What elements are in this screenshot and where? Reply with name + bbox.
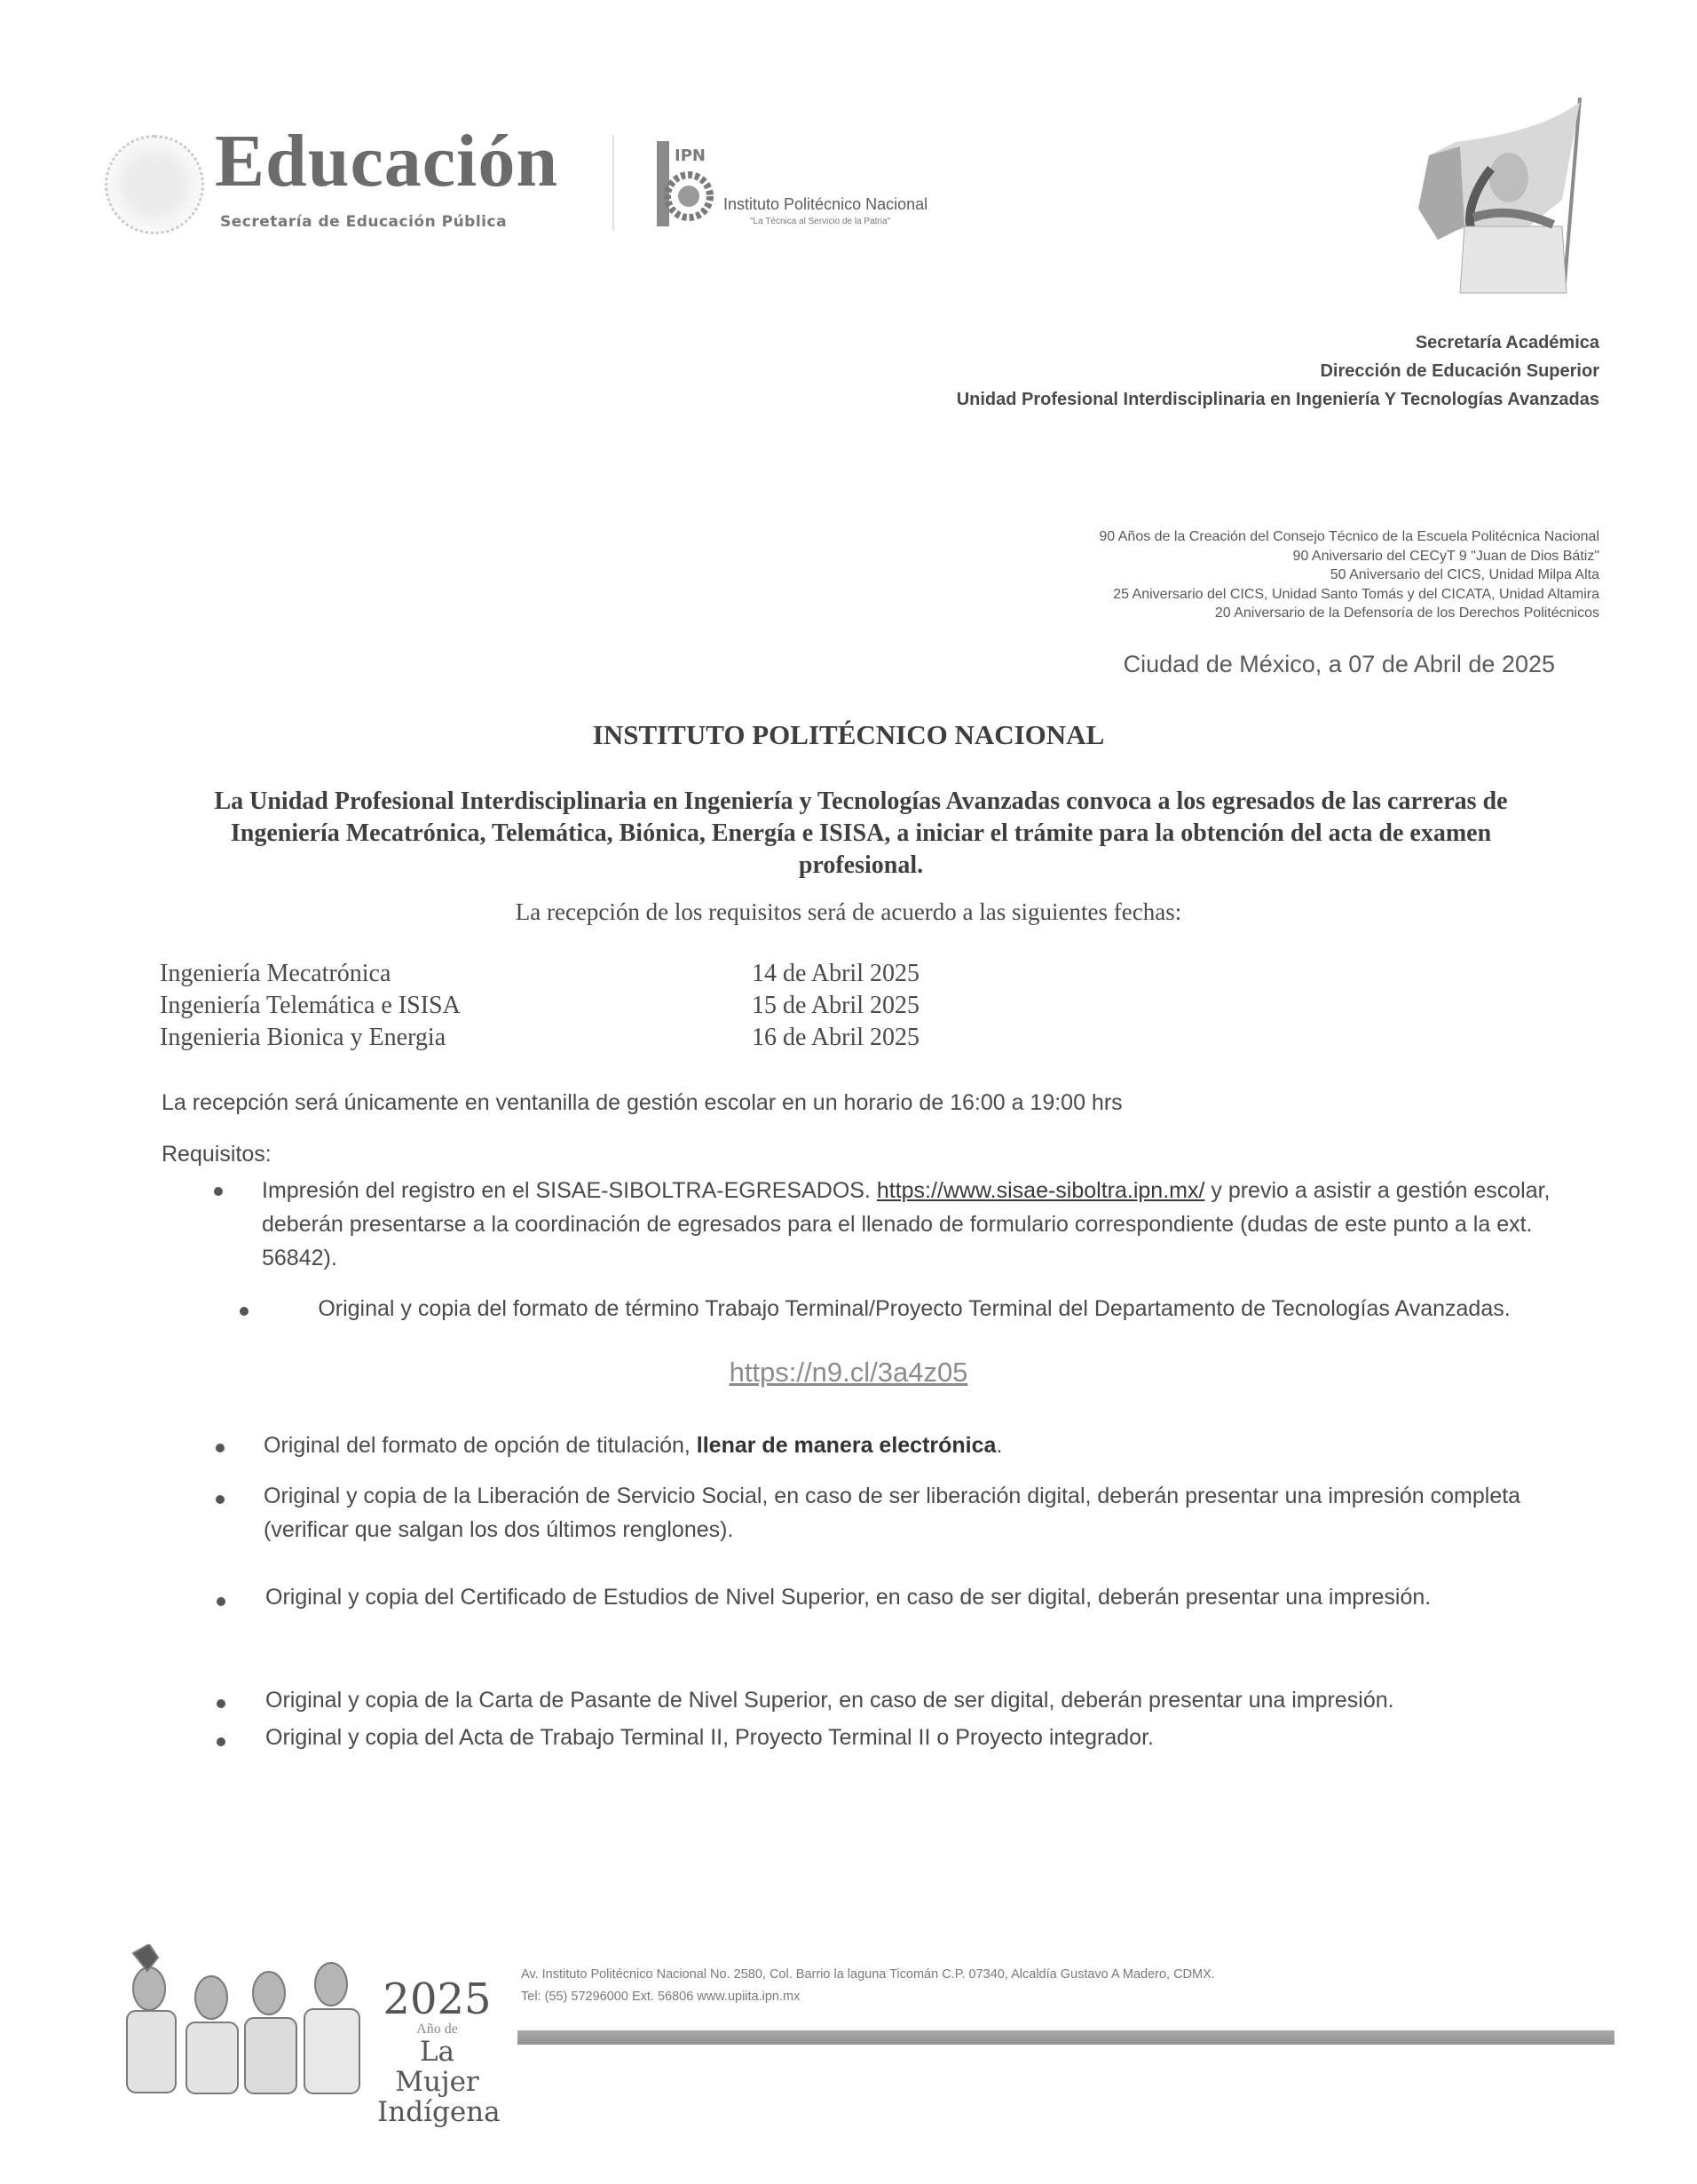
department-block: Secretaría Académica Dirección de Educac…: [957, 328, 1599, 414]
schedule-date: 15 de Abril 2025: [752, 990, 920, 1022]
bullet-icon: [216, 1444, 225, 1452]
schedule-date: 16 de Abril 2025: [752, 1022, 920, 1054]
hours-note: La recepción será únicamente en ventanil…: [162, 1090, 1123, 1116]
requirement-text: .: [996, 1433, 1002, 1458]
footer-contact: Tel: (55) 57296000 Ext. 56806 www.upiita…: [521, 1986, 1215, 2008]
city-date: Ciudad de México, a 07 de Abril de 2025: [1124, 651, 1555, 678]
ipn-name: Instituto Politécnico Nacional: [723, 195, 927, 214]
reception-intro: La recepción de los requisitos será de a…: [0, 898, 1697, 926]
footer-bar: [517, 2030, 1614, 2045]
requirement-text: Original del formato de opción de titula…: [264, 1433, 697, 1458]
bullet-icon: [217, 1699, 225, 1708]
ipn-emblem-icon: IPN: [655, 138, 715, 230]
schedule-row: Ingeniería Mecatrónica 14 de Abril 2025: [160, 958, 920, 990]
requirement-emphasis: llenar de manera electrónica: [697, 1433, 997, 1458]
anniversary-line: 50 Aniversario del CICS, Unidad Milpa Al…: [1099, 566, 1599, 585]
sep-logo-title: Educación: [215, 124, 558, 199]
anniversary-line: 90 Aniversario del CECyT 9 "Juan de Dios…: [1099, 547, 1599, 566]
year-number: 2025: [377, 1978, 497, 2021]
indigenous-women-illustration: [122, 1944, 373, 2095]
year-badge: 2025 Año de La Mujer Indígena: [377, 1978, 497, 2127]
schedule-date: 14 de Abril 2025: [752, 958, 920, 990]
schedule-career: Ingenieria Bionica y Energia: [160, 1022, 752, 1054]
requirements-label: Requisitos:: [162, 1142, 272, 1167]
announcement-text: La Unidad Profesional Interdisciplinaria…: [169, 786, 1553, 882]
requirement-item: Original y copia del Certificado de Estu…: [265, 1580, 1579, 1614]
bullet-icon: [214, 1187, 223, 1196]
year-theme: La Mujer Indígena: [377, 2037, 497, 2127]
schedule-career: Ingeniería Mecatrónica: [160, 958, 752, 990]
schedule-table: Ingeniería Mecatrónica 14 de Abril 2025 …: [160, 958, 920, 1054]
svg-text:IPN: IPN: [675, 146, 706, 165]
department-line: Dirección de Educación Superior: [957, 357, 1599, 385]
schedule-row: Ingenieria Bionica y Energia 16 de Abril…: [160, 1022, 920, 1054]
institution-title: INSTITUTO POLITÉCNICO NACIONAL: [0, 719, 1697, 751]
year-label: Año de: [377, 2022, 497, 2037]
bullet-icon: [217, 1737, 225, 1746]
short-link[interactable]: https://n9.cl/3a4z05: [730, 1357, 968, 1388]
bullet-icon: [217, 1597, 225, 1606]
year-theme-line: La Mujer: [377, 2037, 497, 2097]
department-line: Unidad Profesional Interdisciplinaria en…: [957, 385, 1599, 414]
sep-logo-subtitle: Secretaría de Educación Pública: [220, 213, 507, 231]
schedule-career: Ingeniería Telemática e ISISA: [160, 990, 752, 1022]
ipn-motto: "La Técnica al Servicio de la Patria": [750, 217, 890, 226]
requirement-item: Original y copia del formato de término …: [275, 1292, 1553, 1325]
bullet-icon: [216, 1495, 225, 1504]
requirement-item: Original del formato de opción de titula…: [264, 1428, 1577, 1462]
footer-address: Av. Instituto Politécnico Nacional No. 2…: [521, 1964, 1215, 1986]
anniversaries-block: 90 Años de la Creación del Consejo Técni…: [1099, 527, 1599, 623]
requirement-item: Original y copia de la Liberación de Ser…: [264, 1479, 1577, 1547]
footer-address-block: Av. Instituto Politécnico Nacional No. 2…: [521, 1964, 1215, 2008]
sep-seal-icon: [105, 135, 204, 234]
bullet-icon: [240, 1307, 249, 1316]
requirement-text: Impresión del registro en el SISAE-SIBOL…: [262, 1178, 877, 1203]
anniversary-line: 90 Años de la Creación del Consejo Técni…: [1099, 527, 1599, 547]
anniversary-line: 20 Aniversario de la Defensoría de los D…: [1099, 604, 1599, 623]
department-line: Secretaría Académica: [957, 328, 1599, 357]
header-divider: [612, 135, 614, 231]
requirement-item: Original y copia de la Carta de Pasante …: [265, 1683, 1614, 1717]
requirement-item: Impresión del registro en el SISAE-SIBOL…: [262, 1174, 1584, 1275]
woman-with-flag-illustration: [1411, 93, 1598, 297]
year-theme-line: Indígena: [377, 2097, 497, 2127]
anniversary-line: 25 Aniversario del CICS, Unidad Santo To…: [1099, 585, 1599, 605]
requirement-item: Original y copia del Acta de Trabajo Ter…: [265, 1721, 1579, 1754]
sisae-link[interactable]: https://www.sisae-siboltra.ipn.mx/: [877, 1178, 1205, 1203]
schedule-row: Ingeniería Telemática e ISISA 15 de Abri…: [160, 990, 920, 1022]
requirement-link-row: https://n9.cl/3a4z05: [0, 1357, 1697, 1389]
